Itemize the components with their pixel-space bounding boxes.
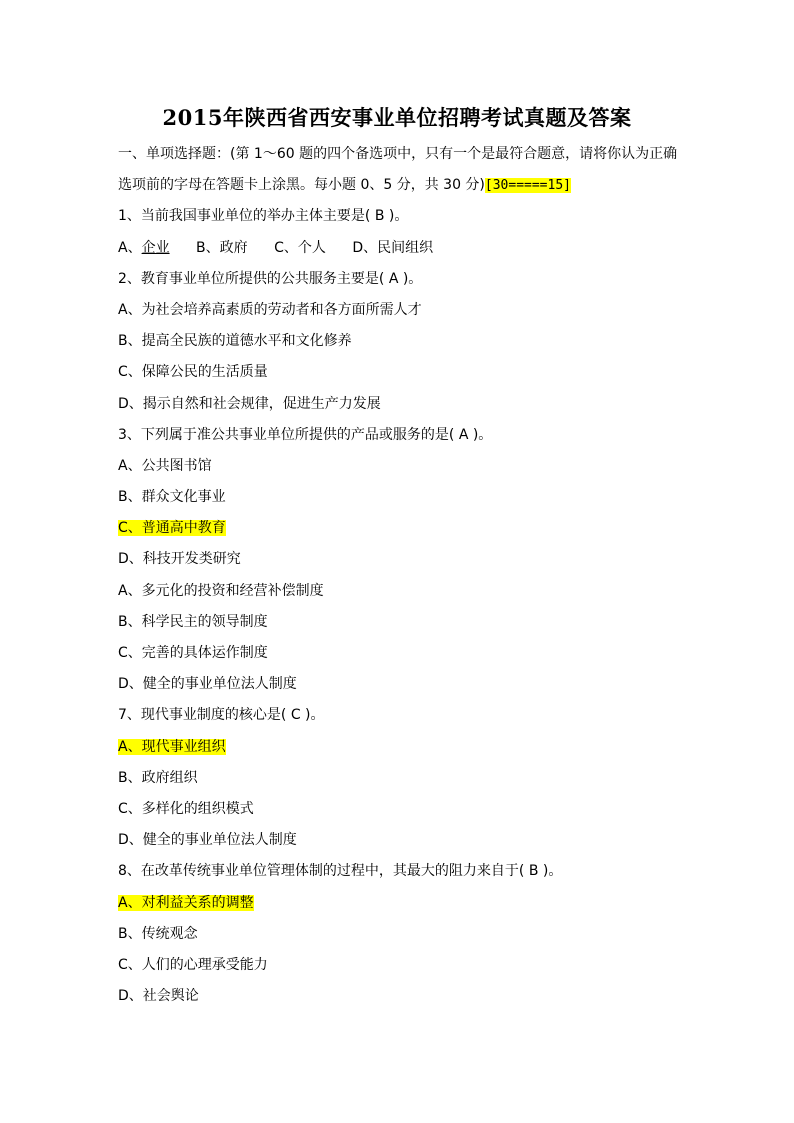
- question-7-option-c: C、多样化的组织模式: [118, 794, 678, 825]
- question-3: 3、下列属于准公共事业单位所提供的产品或服务的是( A )。: [118, 420, 678, 451]
- document-page: 2015年陕西省西安事业单位招聘考试真题及答案 一、单项选择题：(第 1～60 …: [0, 0, 794, 1123]
- option-b: B、政府: [196, 233, 248, 264]
- option-text: 个人: [298, 240, 326, 256]
- option-text: 企业: [142, 240, 170, 256]
- question-7-option-a: A、现代事业组织: [118, 732, 678, 763]
- question-2-option-d: D、揭示自然和社会规律，促进生产力发展: [118, 389, 678, 420]
- question-2-option-a: A、为社会培养高素质的劳动者和各方面所需人才: [118, 295, 678, 326]
- question-8-option-a: A、对利益关系的调整: [118, 888, 678, 919]
- unnumbered-option-c: C、完善的具体运作制度: [118, 638, 678, 669]
- option-prefix: C、: [274, 240, 298, 256]
- unnumbered-option-d: D、健全的事业单位法人制度: [118, 669, 678, 700]
- unnumbered-option-a: A、多元化的投资和经营补偿制度: [118, 576, 678, 607]
- unnumbered-option-b: B、科学民主的领导制度: [118, 607, 678, 638]
- option-text: 政府: [220, 240, 248, 256]
- document-body: 一、单项选择题：(第 1～60 题的四个备选项中，只有一个是最符合题意，请将你认…: [118, 139, 678, 1012]
- document-title: 2015年陕西省西安事业单位招聘考试真题及答案: [0, 103, 794, 133]
- highlighted-option: A、对利益关系的调整: [118, 895, 254, 911]
- question-2-option-c: C、保障公民的生活质量: [118, 357, 678, 388]
- highlighted-option: C、普通高中教育: [118, 520, 226, 536]
- section-intro-line-2: 选项前的字母在答题卡上涂黑。每小题 0、5 分，共 30 分)[30=====1…: [118, 170, 678, 201]
- question-8: 8、在改革传统事业单位管理体制的过程中，其最大的阻力来自于( B )。: [118, 856, 678, 887]
- intro-text: 选项前的字母在答题卡上涂黑。每小题 0、5 分，共 30 分): [118, 177, 485, 193]
- highlighted-option: A、现代事业组织: [118, 739, 226, 755]
- question-7-option-d: D、健全的事业单位法人制度: [118, 825, 678, 856]
- question-8-option-c: C、人们的心理承受能力: [118, 950, 678, 981]
- highlighted-tag: [30=====15]: [485, 178, 571, 193]
- question-7-option-b: B、政府组织: [118, 763, 678, 794]
- question-3-option-a: A、公共图书馆: [118, 451, 678, 482]
- question-1: 1、当前我国事业单位的举办主体主要是( B )。: [118, 201, 678, 232]
- question-1-options: A、企业 B、政府 C、个人 D、民间组织: [118, 233, 678, 264]
- question-2: 2、教育事业单位所提供的公共服务主要是( A )。: [118, 264, 678, 295]
- question-8-option-b: B、传统观念: [118, 919, 678, 950]
- question-7: 7、现代事业制度的核心是( C )。: [118, 700, 678, 731]
- question-2-option-b: B、提高全民族的道德水平和文化修养: [118, 326, 678, 357]
- option-d: D、民间组织: [352, 233, 433, 264]
- option-prefix: B、: [196, 240, 220, 256]
- question-3-option-b: B、群众文化事业: [118, 482, 678, 513]
- option-text: 民间组织: [377, 240, 433, 256]
- question-8-option-d: D、社会舆论: [118, 981, 678, 1012]
- option-prefix: A、: [118, 240, 142, 256]
- question-3-option-c: C、普通高中教育: [118, 513, 678, 544]
- option-c: C、个人: [274, 233, 326, 264]
- option-a: A、企业: [118, 233, 170, 264]
- question-3-option-d: D、科技开发类研究: [118, 544, 678, 575]
- option-prefix: D、: [352, 240, 377, 256]
- section-intro-line-1: 一、单项选择题：(第 1～60 题的四个备选项中，只有一个是最符合题意，请将你认…: [118, 139, 678, 170]
